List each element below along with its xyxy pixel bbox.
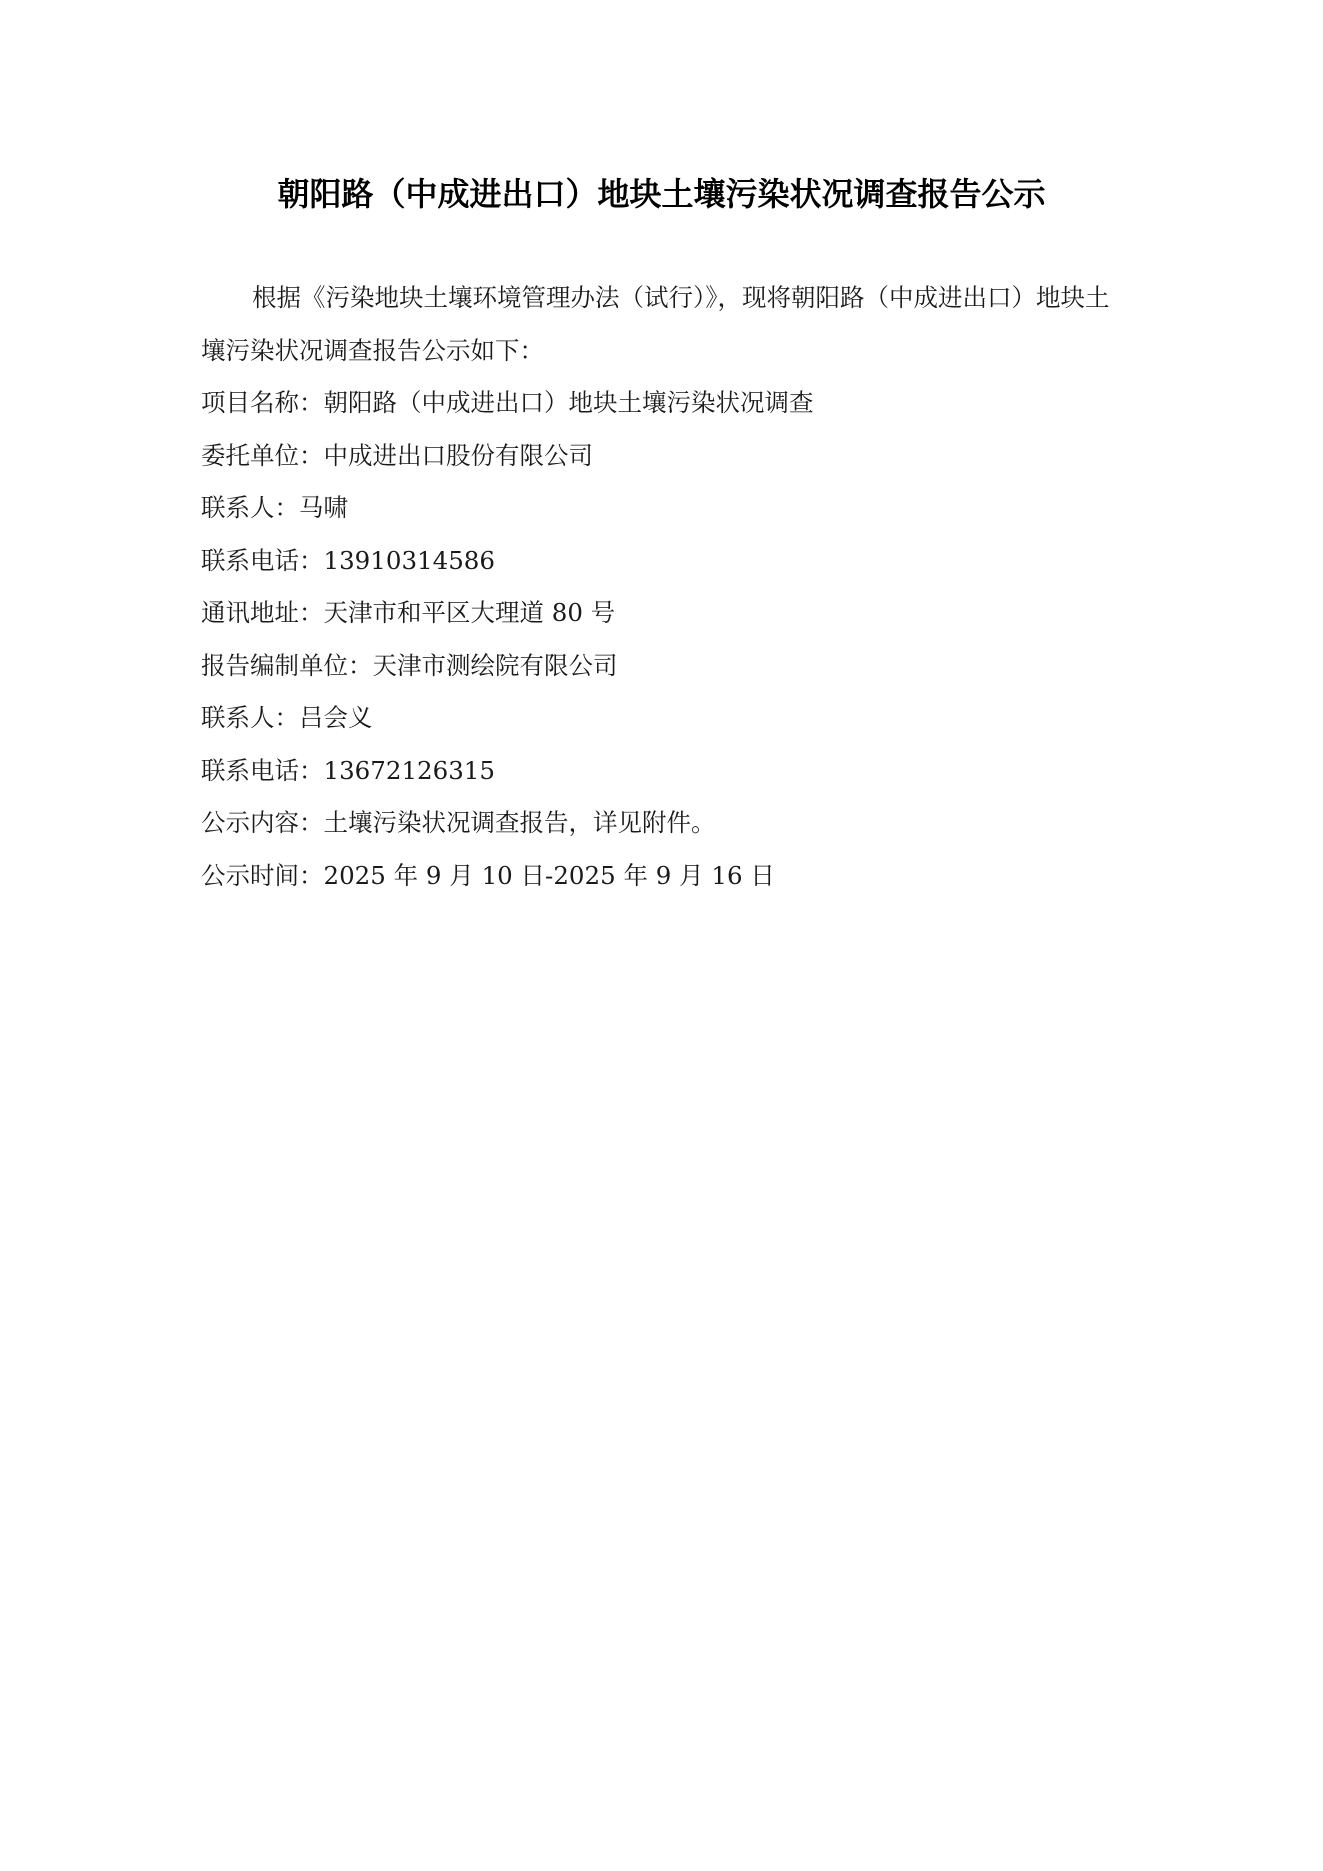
field-label: 联系人： [201, 493, 299, 522]
field-label: 联系人： [201, 703, 299, 732]
field-value: 土壤污染状况调查报告，详见附件。 [324, 808, 716, 837]
field-label: 联系电话： [201, 756, 324, 785]
field-value: 13672126315 [324, 756, 495, 785]
field-value: 2025 年 9 月 10 日-2025 年 9 月 16 日 [324, 861, 775, 890]
field-value: 朝阳路（中成进出口）地块土壤污染状况调查 [324, 388, 814, 417]
document-page: 朝阳路（中成进出口）地块土壤污染状况调查报告公示 根据《污染地块土壤环境管理办法… [0, 0, 1323, 1871]
field-value: 中成进出口股份有限公司 [324, 441, 594, 470]
field-notice-content: 公示内容：土壤污染状况调查报告，详见附件。 [201, 797, 1131, 850]
field-notice-period: 公示时间：2025 年 9 月 10 日-2025 年 9 月 16 日 [201, 850, 1131, 903]
field-value: 天津市测绘院有限公司 [373, 651, 618, 680]
field-label: 公示时间： [201, 861, 324, 890]
field-contact-phone: 联系电话：13910314586 [201, 535, 1131, 588]
field-label: 报告编制单位： [201, 651, 373, 680]
field-contact-person: 联系人：马啸 [201, 482, 1131, 535]
intro-paragraph: 根据《污染地块土壤环境管理办法（试行）》，现将朝阳路（中成进出口）地块土壤污染状… [201, 272, 1131, 377]
field-value: 天津市和平区大理道 80 号 [324, 598, 616, 627]
field-value: 13910314586 [324, 546, 495, 575]
field-label: 通讯地址： [201, 598, 324, 627]
field-project-name: 项目名称：朝阳路（中成进出口）地块土壤污染状况调查 [201, 377, 1131, 430]
document-title: 朝阳路（中成进出口）地块土壤污染状况调查报告公示 [0, 172, 1323, 216]
field-preparer-contact-phone: 联系电话：13672126315 [201, 745, 1131, 798]
document-body: 根据《污染地块土壤环境管理办法（试行）》，现将朝阳路（中成进出口）地块土壤污染状… [201, 272, 1131, 902]
field-mailing-address: 通讯地址：天津市和平区大理道 80 号 [201, 587, 1131, 640]
field-label: 公示内容： [201, 808, 324, 837]
field-report-preparer: 报告编制单位：天津市测绘院有限公司 [201, 640, 1131, 693]
field-commissioning-unit: 委托单位：中成进出口股份有限公司 [201, 430, 1131, 483]
field-value: 马啸 [299, 493, 348, 522]
field-label: 项目名称： [201, 388, 324, 417]
field-preparer-contact-person: 联系人：吕会义 [201, 692, 1131, 745]
field-label: 委托单位： [201, 441, 324, 470]
field-label: 联系电话： [201, 546, 324, 575]
field-value: 吕会义 [299, 703, 373, 732]
